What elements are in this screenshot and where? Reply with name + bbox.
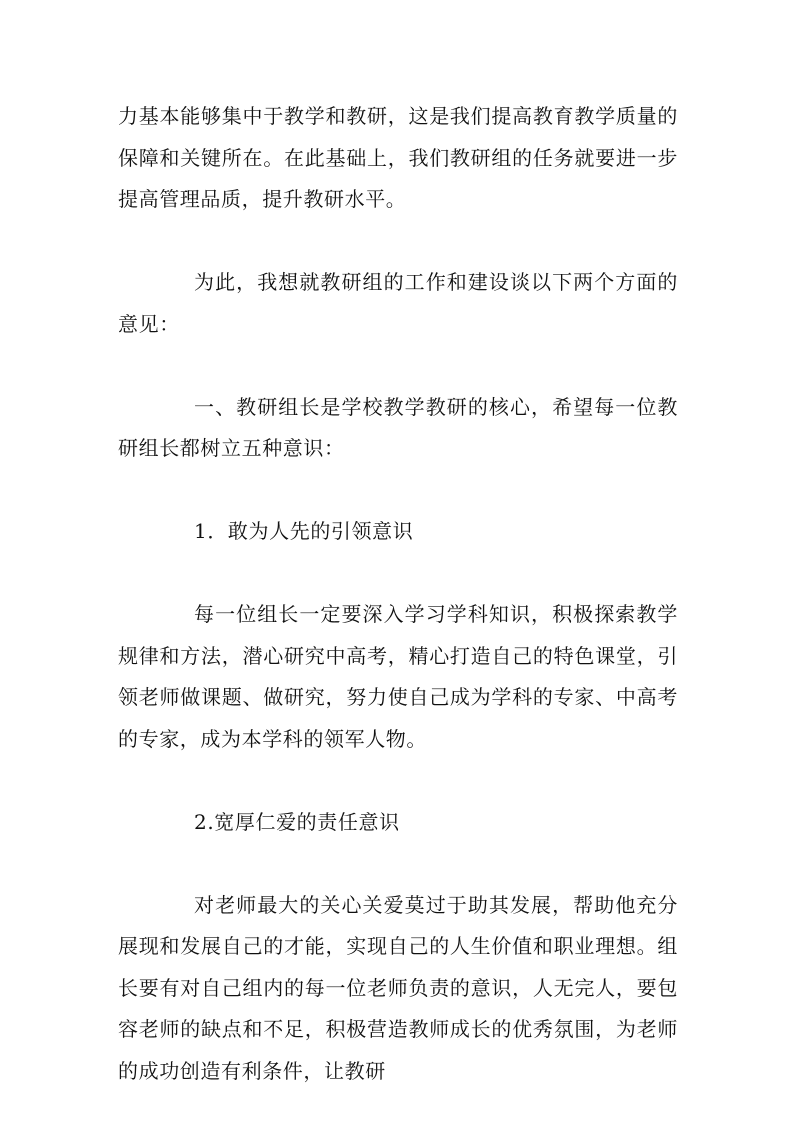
- paragraph-responsibility-awareness: 对老师最大的关心关爱莫过于助其发展，帮助他充分展现和发展自己的才能，实现自己的人…: [118, 885, 678, 1093]
- paragraph-gap: [118, 843, 678, 885]
- subheading-leading-awareness: 1．敢为人先的引领意识: [118, 511, 678, 553]
- paragraph-gap: [118, 345, 678, 387]
- paragraph-gap: [118, 470, 678, 512]
- paragraph-gap: [118, 760, 678, 802]
- paragraph-intro: 力基本能够集中于教学和教研，这是我们提高教育教学质量的保障和关键所在。在此基础上…: [118, 96, 678, 221]
- subheading-responsibility-awareness: 2.宽厚仁爱的责任意识: [118, 802, 678, 844]
- paragraph-leading-awareness: 每一位组长一定要深入学习学科知识，积极探索教学规律和方法，潜心研究中高考，精心打…: [118, 594, 678, 760]
- section-heading-one: 一、教研组长是学校教学教研的核心，希望每一位教研组长都树立五种意识：: [118, 387, 678, 470]
- paragraph-purpose: 为此，我想就教研组的工作和建设谈以下两个方面的意见：: [118, 262, 678, 345]
- paragraph-gap: [118, 221, 678, 263]
- document-page: 力基本能够集中于教学和教研，这是我们提高教育教学质量的保障和关键所在。在此基础上…: [118, 96, 678, 1092]
- paragraph-gap: [118, 553, 678, 595]
